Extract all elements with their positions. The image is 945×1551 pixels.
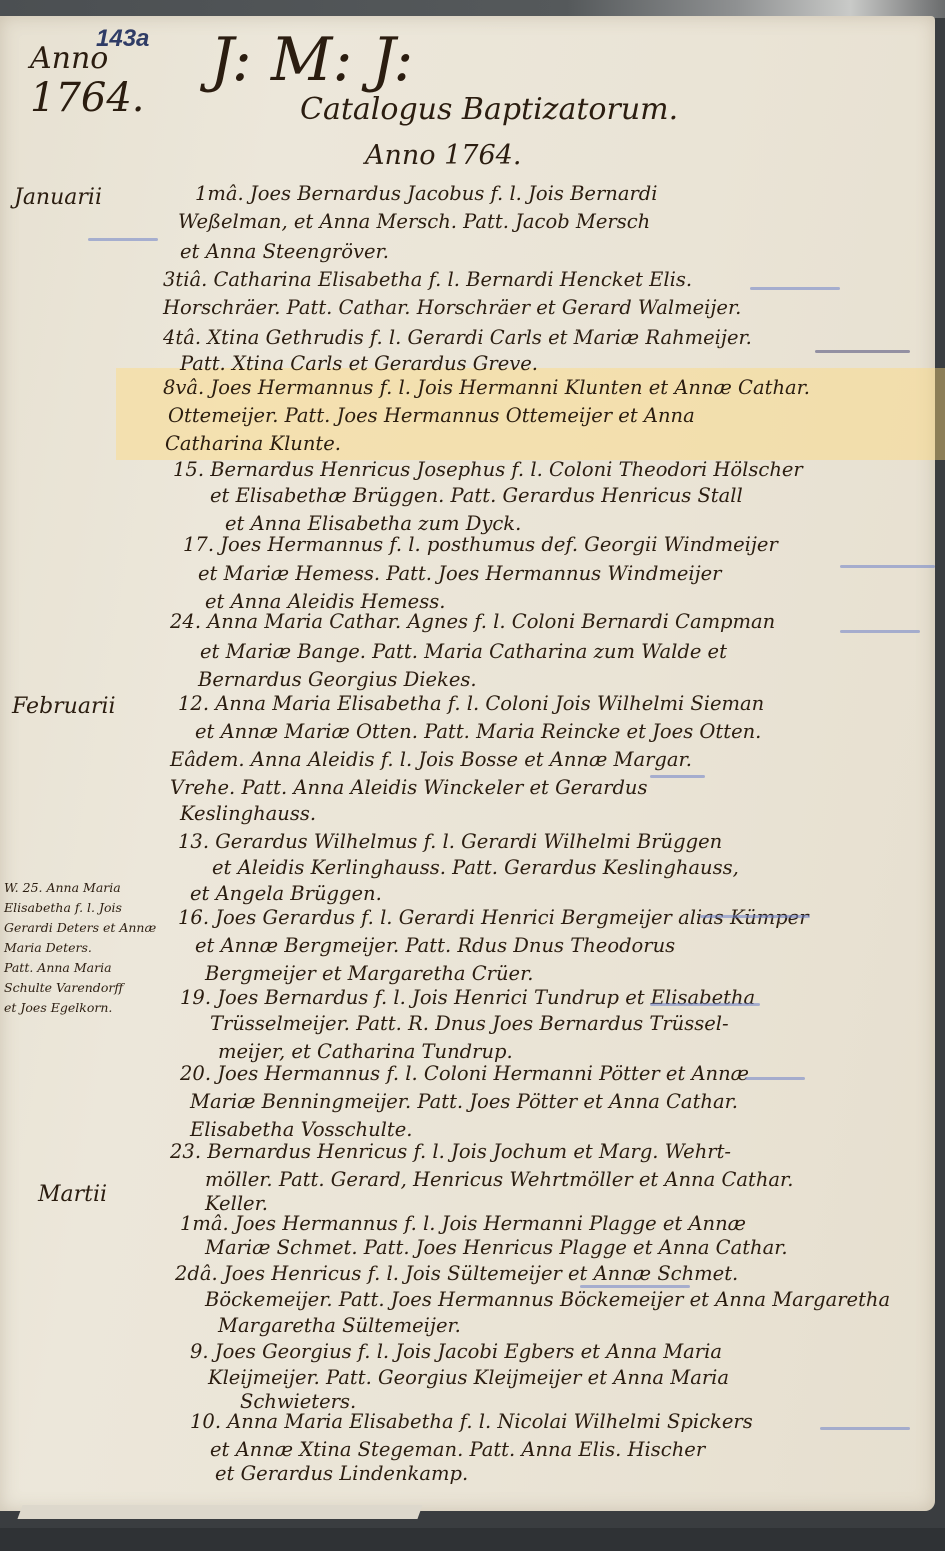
register-line: 1mâ. Joes Bernardus Jacobus f. l. Jois B… <box>195 182 658 206</box>
scan-background-bottom <box>0 1528 945 1551</box>
year-label: Anno 1764. <box>30 42 145 120</box>
register-line: Bergmeijer et Margaretha Crüer. <box>205 962 533 986</box>
register-line: 13. Gerardus Wilhelmus f. l. Gerardi Wil… <box>178 830 722 854</box>
register-line: et Gerardus Lindenkamp. <box>215 1462 468 1486</box>
pencil-underline <box>650 1003 760 1006</box>
pencil-underline <box>580 1285 690 1288</box>
register-line: Patt. Xtina Carls et Gerardus Greve. <box>180 352 538 376</box>
register-line: Vrehe. Patt. Anna Aleidis Winckeler et G… <box>170 776 648 800</box>
register-line: 16. Joes Gerardus f. l. Gerardi Henrici … <box>178 906 809 930</box>
register-line: 9. Joes Georgius f. l. Jois Jacobi Egber… <box>190 1340 722 1364</box>
pencil-underline <box>750 287 840 290</box>
pencil-underline <box>650 775 705 778</box>
pencil-underline <box>745 1077 805 1080</box>
register-line: 17. Joes Hermannus f. l. posthumus def. … <box>183 533 778 557</box>
register-line: 2dâ. Joes Henricus f. l. Jois Sültemeije… <box>175 1262 738 1286</box>
register-line: et Annæ Xtina Stegeman. Patt. Anna Elis.… <box>210 1438 705 1462</box>
register-line: et Aleidis Kerlinghauss. Patt. Gerardus … <box>212 856 739 880</box>
register-line: 23. Bernardus Henricus f. l. Jois Jochum… <box>170 1140 731 1164</box>
register-line: et Elisabethæ Brüggen. Patt. Gerardus He… <box>210 484 743 508</box>
register-line: Böckemeijer. Patt. Joes Hermannus Böckem… <box>205 1288 890 1312</box>
register-line: 24. Anna Maria Cathar. Agnes f. l. Colon… <box>170 610 775 634</box>
register-line: 10. Anna Maria Elisabetha f. l. Nicolai … <box>190 1410 753 1434</box>
pencil-underline <box>815 350 910 353</box>
pencil-underline <box>700 915 810 918</box>
register-line: Keslinghauss. <box>180 802 316 826</box>
pencil-underline <box>820 1427 910 1430</box>
register-line: 20. Joes Hermannus f. l. Coloni Hermanni… <box>180 1062 749 1086</box>
pencil-underline <box>88 238 158 241</box>
register-line: et Annæ Bergmeijer. Patt. Rdus Dnus Theo… <box>195 934 675 958</box>
register-line: Catharina Klunte. <box>165 432 341 456</box>
register-line: Mariæ Benningmeijer. Patt. Joes Pötter e… <box>190 1090 738 1114</box>
register-line: et Angela Brüggen. <box>190 882 382 906</box>
register-line: et Mariæ Hemess. Patt. Joes Hermannus Wi… <box>198 562 722 586</box>
register-line: 1mâ. Joes Hermannus f. l. Jois Hermanni … <box>180 1212 746 1236</box>
register-line: 15. Bernardus Henricus Josephus f. l. Co… <box>173 458 803 482</box>
register-line: Elisabetha Vosschulte. <box>190 1118 412 1142</box>
register-line: 3tiâ. Catharina Elisabetha f. l. Bernard… <box>163 268 692 292</box>
register-line: et Mariæ Bange. Patt. Maria Catharina zu… <box>200 640 727 664</box>
register-line: möller. Patt. Gerard, Henricus Wehrtmöll… <box>205 1168 793 1192</box>
register-line: Kleijmeijer. Patt. Georgius Kleijmeijer … <box>208 1366 729 1390</box>
register-line: Eâdem. Anna Aleidis f. l. Jois Bosse et … <box>170 748 692 772</box>
register-line: 8vâ. Joes Hermannus f. l. Jois Hermanni … <box>163 376 810 400</box>
register-line: et Annæ Mariæ Otten. Patt. Maria Reincke… <box>195 720 761 744</box>
register-line: Margaretha Sültemeijer. <box>218 1314 461 1338</box>
register-line: Weßelman, et Anna Mersch. Patt. Jacob Me… <box>178 210 650 234</box>
margin-note: W. 25. Anna Maria Elisabetha f. l. Jois … <box>4 878 180 1018</box>
register-line: 12. Anna Maria Elisabetha f. l. Coloni J… <box>178 692 764 716</box>
page-subtitle: Anno 1764. <box>365 140 521 171</box>
register-line: Bernardus Georgius Diekes. <box>198 668 477 692</box>
page-edge <box>17 1505 422 1519</box>
monogram: J: M: J: <box>210 25 413 95</box>
register-line: meijer, et Catharina Tundrup. <box>218 1040 513 1064</box>
pencil-underline <box>840 565 935 568</box>
register-line: et Anna Steengröver. <box>180 240 389 264</box>
register-line: Horschräer. Patt. Cathar. Horschräer et … <box>163 296 741 320</box>
page-title: Catalogus Baptizatorum. <box>300 92 678 127</box>
month-label: Januarii <box>14 186 102 210</box>
register-line: 4tâ. Xtina Gethrudis f. l. Gerardi Carls… <box>163 326 752 350</box>
register-line: Mariæ Schmet. Patt. Joes Henricus Plagge… <box>205 1236 788 1260</box>
register-line: Trüsselmeijer. Patt. R. Dnus Joes Bernar… <box>210 1012 729 1036</box>
year-label-number: 1764. <box>30 76 145 120</box>
month-label: Martii <box>38 1183 107 1207</box>
register-line: 19. Joes Bernardus f. l. Jois Henrici Tu… <box>180 986 755 1010</box>
month-label: Februarii <box>12 695 116 719</box>
register-line: Ottemeijer. Patt. Joes Hermannus Ottemei… <box>168 404 695 428</box>
pencil-underline <box>840 630 920 633</box>
folio-number: 143a <box>96 25 149 53</box>
